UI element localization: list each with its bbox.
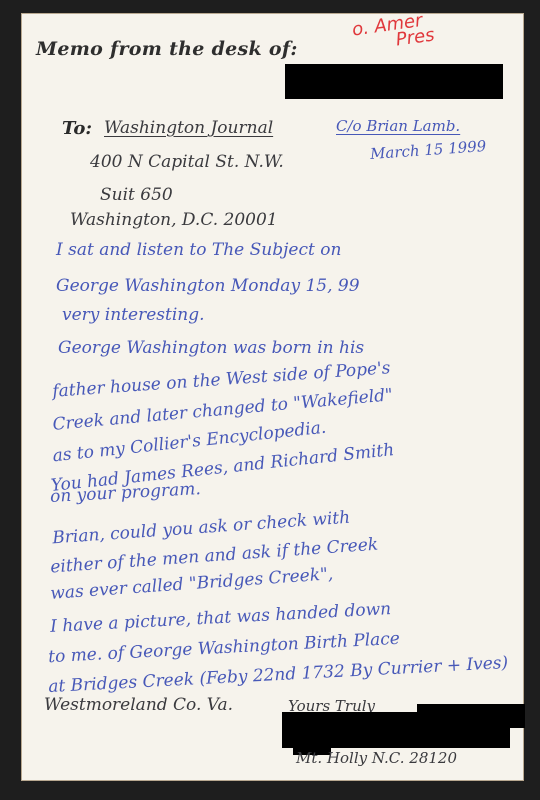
body-line-16: Westmoreland Co. Va. (44, 695, 233, 715)
address-line-2: Suit 650 (100, 185, 173, 205)
body-line-3: very interesting. (62, 305, 205, 325)
memo-header-label: Memo from the desk of: (36, 38, 298, 60)
signature-location: Mt. Holly N.C. 28120 (296, 748, 457, 768)
body-line-1: I sat and listen to The Subject on (56, 240, 341, 260)
redaction-sender (285, 64, 503, 99)
body-line-2: George Washington Monday 15, 99 (56, 276, 360, 296)
to-label: To: (62, 118, 92, 139)
address-line-1: 400 N Capital St. N.W. (90, 152, 284, 172)
address-line-3: Washington, D.C. 20001 (70, 210, 278, 230)
recipient: Washington Journal (104, 118, 273, 138)
red-annotation-line-2: Pres (395, 27, 436, 48)
body-line-4: George Washington was born in his (58, 338, 364, 358)
redaction-signature (282, 712, 510, 748)
recipient-attn: C/o Brian Lamb. (336, 116, 460, 136)
